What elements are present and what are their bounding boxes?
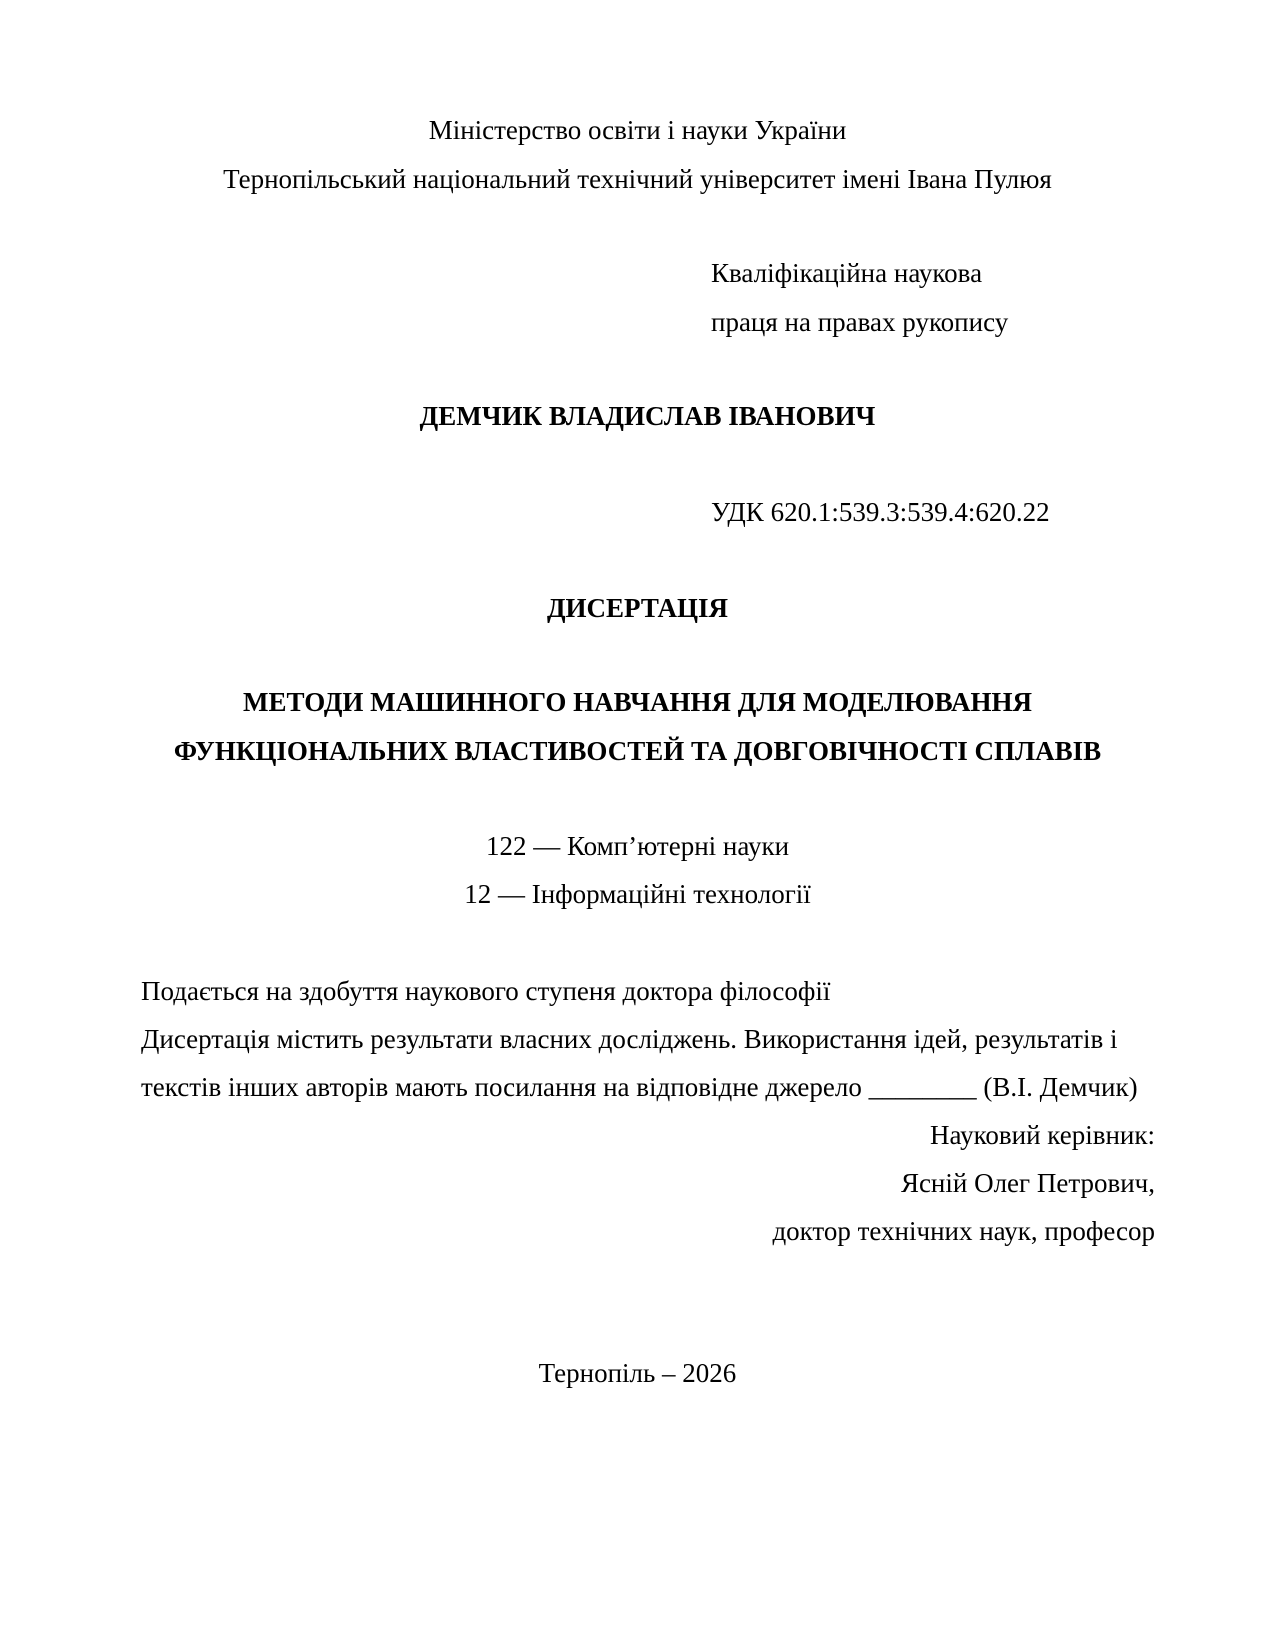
- specialty-line2: 12 — Інформаційні технології: [0, 881, 1275, 908]
- declaration-line2: текстів інших авторів мають посилання на…: [141, 1074, 1138, 1101]
- title-line1: МЕТОДИ МАШИННОГО НАВЧАННЯ ДЛЯ МОДЕЛЮВАНН…: [0, 689, 1275, 716]
- udc-code: УДК 620.1:539.3:539.4:620.22: [711, 499, 1050, 526]
- ministry-line: Міністерство освіти і науки України: [0, 117, 1275, 144]
- specialty-line1: 122 — Комп’ютерні науки: [0, 833, 1275, 860]
- supervisor-degree: доктор технічних наук, професор: [772, 1218, 1155, 1245]
- submission-statement: Подається на здобуття наукового ступеня …: [141, 978, 830, 1005]
- supervisor-label: Науковий керівник:: [930, 1122, 1155, 1149]
- city-year-footer: Тернопіль – 2026: [0, 1360, 1275, 1387]
- manuscript-note-line1: Кваліфікаційна наукова: [711, 260, 982, 287]
- supervisor-name: Ясній Олег Петрович,: [901, 1170, 1155, 1197]
- declaration-line1: Дисертація містить результати власних до…: [141, 1026, 1117, 1053]
- author-name: ДЕМЧИК ВЛАДИСЛАВ ІВАНОВИЧ: [0, 403, 1275, 430]
- manuscript-note-line2: праця на правах рукопису: [711, 309, 1008, 336]
- title-line2: ФУНКЦІОНАЛЬНИХ ВЛАСТИВОСТЕЙ ТА ДОВГОВІЧН…: [0, 738, 1275, 765]
- university-line: Тернопільський національний технічний ун…: [0, 166, 1275, 193]
- document-type: ДИСЕРТАЦІЯ: [0, 595, 1275, 622]
